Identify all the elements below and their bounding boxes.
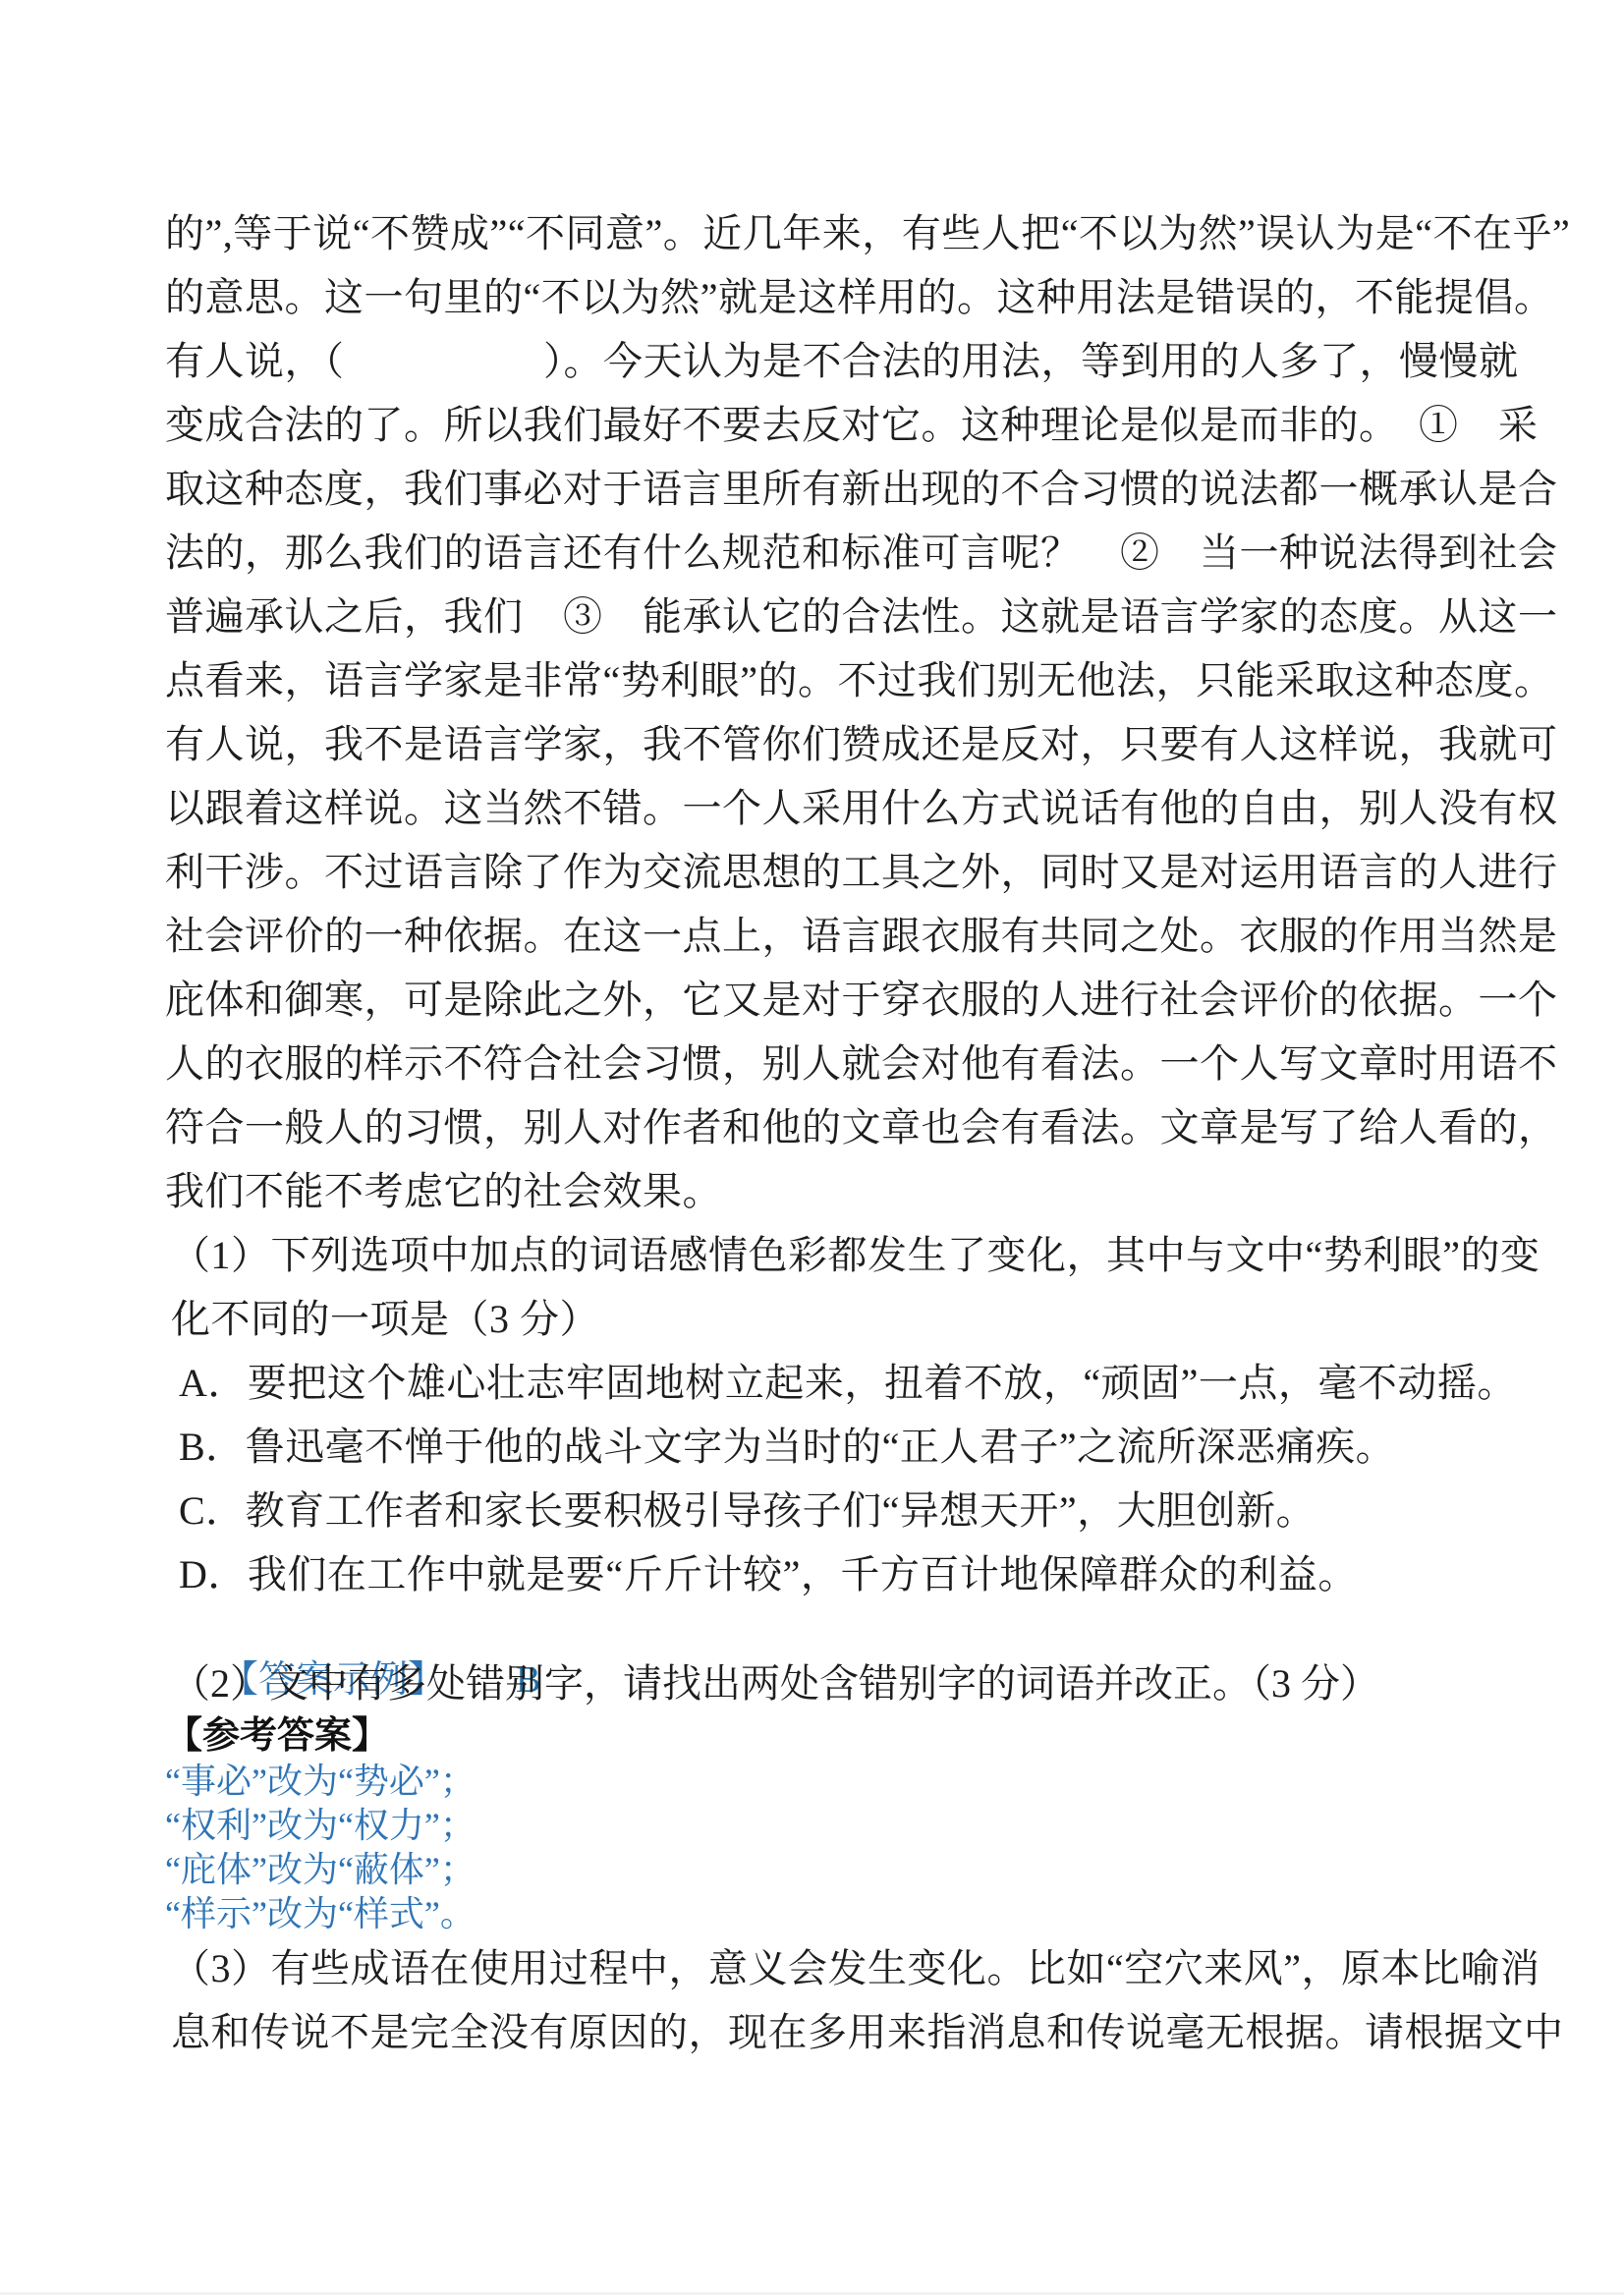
- paragraph-line: 取这种态度，我们事必对于语言里所有新出现的不合习惯的说法都一概承认是合: [165, 457, 1477, 521]
- paragraph-line: 社会评价的一种依据。在这一点上，语言跟衣服有共同之处。衣服的作用当然是: [165, 904, 1477, 968]
- paragraph-line: 符合一般人的习惯，别人对作者和他的文章也会有看法。文章是写了给人看的，: [165, 1095, 1477, 1159]
- question-1-line: （1）下列选项中加点的词语感情色彩都发生了变化，其中与文中“势利眼”的变: [165, 1223, 1477, 1287]
- question-2: （2）文中有多处错别字，请找出两处含错别字的词语并改正。（3 分）: [165, 1655, 1477, 1712]
- correction-line: “样示”改为“样式”。: [165, 1892, 1477, 1936]
- reference-answer-label: 【参考答案】: [165, 1712, 1477, 1760]
- option-a: A．要把这个雄心壮志牢固地树立起来，扭着不放，“顽固”一点，毫不动摇。: [165, 1351, 1477, 1415]
- question-3-continued: 息和传说不是完全没有原因的，现在多用来指消息和传说毫无根据。请根据文中: [165, 2000, 1477, 2064]
- paragraph-line: 的意思。这一句里的“不以为然”就是这样用的。这种用法是错误的，不能提倡。: [165, 265, 1477, 329]
- document-content: 的”,等于说“不赞成”“不同意”。近几年来，有些人把“不以为然”误认为是“不在乎…: [0, 0, 1624, 2064]
- paragraph-line: 普遍承认之后，我们 ③ 能承认它的合法性。这就是语言学家的态度。从这一: [165, 585, 1477, 648]
- paragraph-line: 利干涉。不过语言除了作为交流思想的工具之外，同时又是对运用语言的人进行: [165, 840, 1477, 904]
- correction-line: “事必”改为“势必”；: [165, 1760, 1477, 1804]
- question-1-continued: 化不同的一项是（3 分）: [165, 1287, 1477, 1351]
- paragraph-line: 我们不能不考虑它的社会效果。: [165, 1159, 1477, 1223]
- question-3: （3）有些成语在使用过程中，意义会发生变化。比如“空穴来风”，原本比喻消 息和传…: [165, 1936, 1477, 2064]
- question-1: （1）下列选项中加点的词语感情色彩都发生了变化，其中与文中“势利眼”的变 化不同…: [165, 1223, 1477, 1351]
- paragraph-line: 以跟着这样说。这当然不错。一个人采用什么方式说话有他的自由，别人没有权: [165, 776, 1477, 840]
- paragraph-line: 法的，那么我们的语言还有什么规范和标准可言呢？ ② 当一种说法得到社会: [165, 521, 1477, 585]
- option-d: D．我们在工作中就是要“斤斤计较”，千方百计地保障群众的利益。: [165, 1542, 1477, 1606]
- correction-line: “庇体”改为“蔽体”；: [165, 1848, 1477, 1892]
- question-3-line: （3）有些成语在使用过程中，意义会发生变化。比如“空穴来风”，原本比喻消: [165, 1936, 1477, 2000]
- option-c: C．教育工作者和家长要积极引导孩子们“异想天开”，大胆创新。: [165, 1479, 1477, 1542]
- option-b: B．鲁迅毫不惮于他的战斗文字为当时的“正人君子”之流所深恶痛疾。: [165, 1415, 1477, 1479]
- paragraph-line: 有人说，（ ）。今天认为是不合法的用法，等到用的人多了，慢慢就: [165, 329, 1477, 393]
- paragraph-line: 变成合法的了。所以我们最好不要去反对它。这种理论是似是而非的。 ① 采: [165, 393, 1477, 457]
- answer-example: 【答案示例】B: [165, 1606, 1477, 1655]
- document-page: 的”,等于说“不赞成”“不同意”。近几年来，有些人把“不以为然”误认为是“不在乎…: [0, 0, 1624, 2295]
- paragraph-line: 有人说，我不是语言学家，我不管你们赞成还是反对，只要有人这样说，我就可: [165, 712, 1477, 776]
- paragraph-line: 庇体和御寒，可是除此之外，它又是对于穿衣服的人进行社会评价的依据。一个: [165, 968, 1477, 1032]
- body-paragraph: 的”,等于说“不赞成”“不同意”。近几年来，有些人把“不以为然”误认为是“不在乎…: [165, 201, 1477, 1223]
- paragraph-line: 的”,等于说“不赞成”“不同意”。近几年来，有些人把“不以为然”误认为是“不在乎…: [165, 201, 1477, 265]
- reference-answer-corrections: “事必”改为“势必”； “权利”改为“权力”； “庇体”改为“蔽体”； “样示”…: [165, 1760, 1477, 1936]
- question-1-options: A．要把这个雄心壮志牢固地树立起来，扭着不放，“顽固”一点，毫不动摇。 B．鲁迅…: [165, 1351, 1477, 1606]
- paragraph-line: 人的衣服的样示不符合社会习惯，别人就会对他有看法。一个人写文章时用语不: [165, 1032, 1477, 1095]
- correction-line: “权利”改为“权力”；: [165, 1804, 1477, 1848]
- paragraph-line: 点看来，语言学家是非常“势利眼”的。不过我们别无他法，只能采取这种态度。: [165, 648, 1477, 712]
